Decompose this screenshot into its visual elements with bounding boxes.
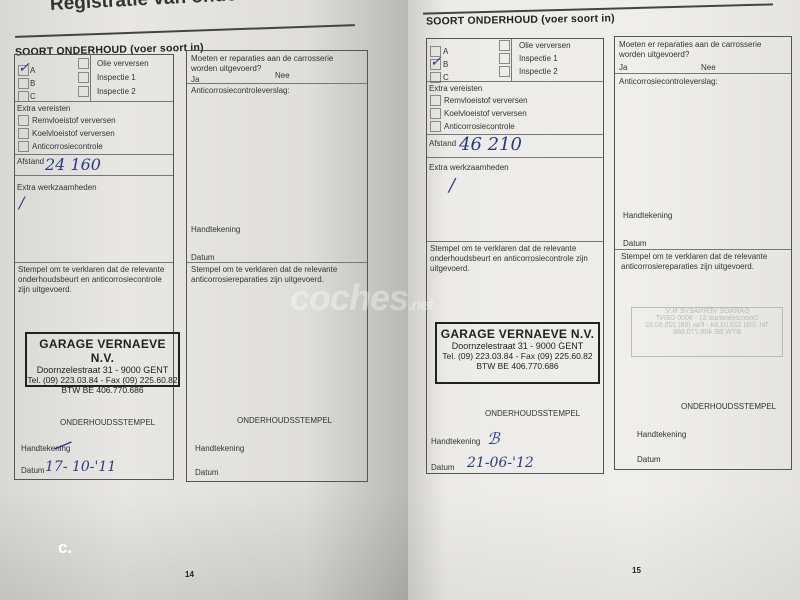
watermark: coches.net bbox=[290, 277, 433, 319]
body-signature-label: Handtekening bbox=[191, 225, 240, 234]
type-check-mark: ✓ bbox=[18, 60, 30, 76]
extra-work-label: Extra werkzaamheden bbox=[17, 183, 97, 192]
option-label: Inspectie 2 bbox=[519, 67, 558, 76]
faded-stamp-impression: GARAGE VERNAEVE N.V. Doornzelestraat 31 … bbox=[631, 307, 783, 357]
signature-value[interactable]: ℬ bbox=[487, 429, 500, 448]
no-option[interactable]: Nee bbox=[275, 71, 290, 80]
requirement-label: Koelvloeistof verversen bbox=[444, 109, 527, 118]
garage-address: Doornzelestraat 31 - 9000 GENT bbox=[27, 365, 178, 375]
body-date-label: Datum bbox=[191, 253, 215, 262]
requirement-label: Anticorrosiecontrole bbox=[32, 142, 103, 151]
repair-date-label: Datum bbox=[637, 455, 661, 464]
requirement-checkbox[interactable] bbox=[18, 115, 29, 126]
requirement-label: Remvloeistof verversen bbox=[32, 116, 116, 125]
extra-requirements-label: Extra vereisten bbox=[17, 104, 70, 113]
repair-date-label: Datum bbox=[195, 468, 219, 477]
signature-label: Handtekening bbox=[431, 437, 480, 446]
distance-label: Afstand bbox=[429, 139, 456, 148]
option-checkbox[interactable] bbox=[78, 72, 89, 83]
header-rule bbox=[15, 24, 355, 38]
option-checkbox[interactable] bbox=[499, 53, 510, 64]
option-label: Inspectie 1 bbox=[519, 54, 558, 63]
option-checkbox[interactable] bbox=[499, 66, 510, 77]
report-label: Anticorrosiecontroleverslag: bbox=[619, 77, 718, 86]
maintenance-form-box: A ✓ B C Olie verversen Inspectie 1 Inspe… bbox=[426, 38, 604, 474]
body-repair-question: Moeten er reparaties aan de carrosserie … bbox=[619, 40, 789, 60]
option-label: Inspectie 2 bbox=[97, 87, 136, 96]
type-label: A bbox=[30, 66, 35, 75]
stamp-caption: ONDERHOUDSSTEMPEL bbox=[60, 418, 155, 427]
date-value[interactable]: 17- 10-'11 bbox=[45, 459, 116, 475]
stamp-note: Stempel om te verklaren dat de relevante… bbox=[18, 265, 168, 295]
body-date-label: Datum bbox=[623, 239, 647, 248]
garage-vat: BTW BE 406.770.686 bbox=[437, 361, 598, 371]
repair-stamp-note: Stempel om te verklaren dat de relevante… bbox=[621, 252, 789, 272]
option-label: Inspectie 1 bbox=[97, 73, 136, 82]
garage-stamp: GARAGE VERNAEVE N.V. Doornzelestraat 31 … bbox=[25, 332, 180, 387]
requirement-checkbox[interactable] bbox=[18, 141, 29, 152]
option-checkbox[interactable] bbox=[499, 40, 510, 51]
requirement-checkbox[interactable] bbox=[430, 108, 441, 119]
garage-stamp: GARAGE VERNAEVE N.V. Doornzelestraat 31 … bbox=[435, 322, 600, 384]
option-label: Olie verversen bbox=[519, 41, 571, 50]
extra-work-label: Extra werkzaamheden bbox=[429, 163, 509, 172]
maintenance-form-box: ✓ A B C Olie verversen Inspectie 1 Inspe… bbox=[14, 54, 174, 480]
repair-signature-label: Handtekening bbox=[195, 444, 244, 453]
right-page: SOORT ONDERHOUD (voer soort in) A ✓ B C … bbox=[408, 0, 800, 600]
yes-option[interactable]: Ja bbox=[619, 63, 627, 72]
requirement-checkbox[interactable] bbox=[430, 121, 441, 132]
requirement-checkbox[interactable] bbox=[18, 128, 29, 139]
photo-label: c. bbox=[58, 538, 72, 558]
requirement-label: Koelvloeistof verversen bbox=[32, 129, 115, 138]
report-label: Anticorrosiecontroleverslag: bbox=[191, 86, 290, 95]
repair-stamp-caption: ONDERHOUDSSTEMPEL bbox=[681, 402, 776, 411]
garage-address: Doornzelestraat 31 - 9000 GENT bbox=[437, 341, 598, 351]
type-label: B bbox=[443, 60, 448, 69]
date-label: Datum bbox=[21, 466, 45, 475]
extra-work-value[interactable]: / bbox=[449, 175, 455, 196]
garage-phone: Tel. (09) 223.03.84 - Fax (09) 225.60.82 bbox=[27, 375, 178, 385]
type-checkbox[interactable] bbox=[18, 78, 29, 89]
distance-value[interactable]: 46 210 bbox=[459, 134, 522, 155]
type-label: B bbox=[30, 79, 35, 88]
body-repair-box: Moeten er reparaties aan de carrosserie … bbox=[614, 36, 792, 470]
requirement-label: Anticorrosiecontrole bbox=[444, 122, 515, 131]
stamp-note: Stempel om te verklaren dat de relevante… bbox=[430, 244, 595, 274]
body-signature-label: Handtekening bbox=[623, 211, 672, 220]
repair-stamp-caption: ONDERHOUDSSTEMPEL bbox=[237, 416, 332, 425]
type-label: A bbox=[443, 47, 448, 56]
body-repair-box: Moeten er reparaties aan de carrosserie … bbox=[186, 50, 368, 482]
type-label: C bbox=[30, 92, 36, 101]
garage-vat: BTW BE 406.770.686 bbox=[27, 385, 178, 395]
garage-name: GARAGE VERNAEVE N.V. bbox=[437, 327, 598, 341]
option-label: Olie verversen bbox=[97, 59, 149, 68]
garage-phone: Tel. (09) 223.03.84 - Fax (09) 225.60.82 bbox=[437, 351, 598, 361]
extra-work-value[interactable]: / bbox=[19, 193, 24, 212]
distance-label: Afstand bbox=[17, 157, 44, 166]
requirement-checkbox[interactable] bbox=[430, 95, 441, 106]
requirement-label: Remvloeistof verversen bbox=[444, 96, 528, 105]
option-checkbox[interactable] bbox=[78, 58, 89, 69]
distance-value[interactable]: 24 160 bbox=[45, 155, 101, 174]
garage-name: GARAGE VERNAEVE N.V. bbox=[27, 337, 178, 365]
date-label: Datum bbox=[431, 463, 455, 472]
extra-requirements-label: Extra vereisten bbox=[429, 84, 482, 93]
section-title: SOORT ONDERHOUD (voer soort in) bbox=[426, 12, 615, 27]
stamp-caption: ONDERHOUDSSTEMPEL bbox=[485, 409, 580, 418]
option-checkbox[interactable] bbox=[78, 86, 89, 97]
date-value[interactable]: 21-06-'12 bbox=[467, 455, 534, 471]
no-option[interactable]: Nee bbox=[701, 63, 716, 72]
type-check-mark: ✓ bbox=[430, 54, 442, 70]
repair-signature-label: Handtekening bbox=[637, 430, 686, 439]
page-header-title: Registratie van onderhoud bbox=[49, 0, 291, 16]
